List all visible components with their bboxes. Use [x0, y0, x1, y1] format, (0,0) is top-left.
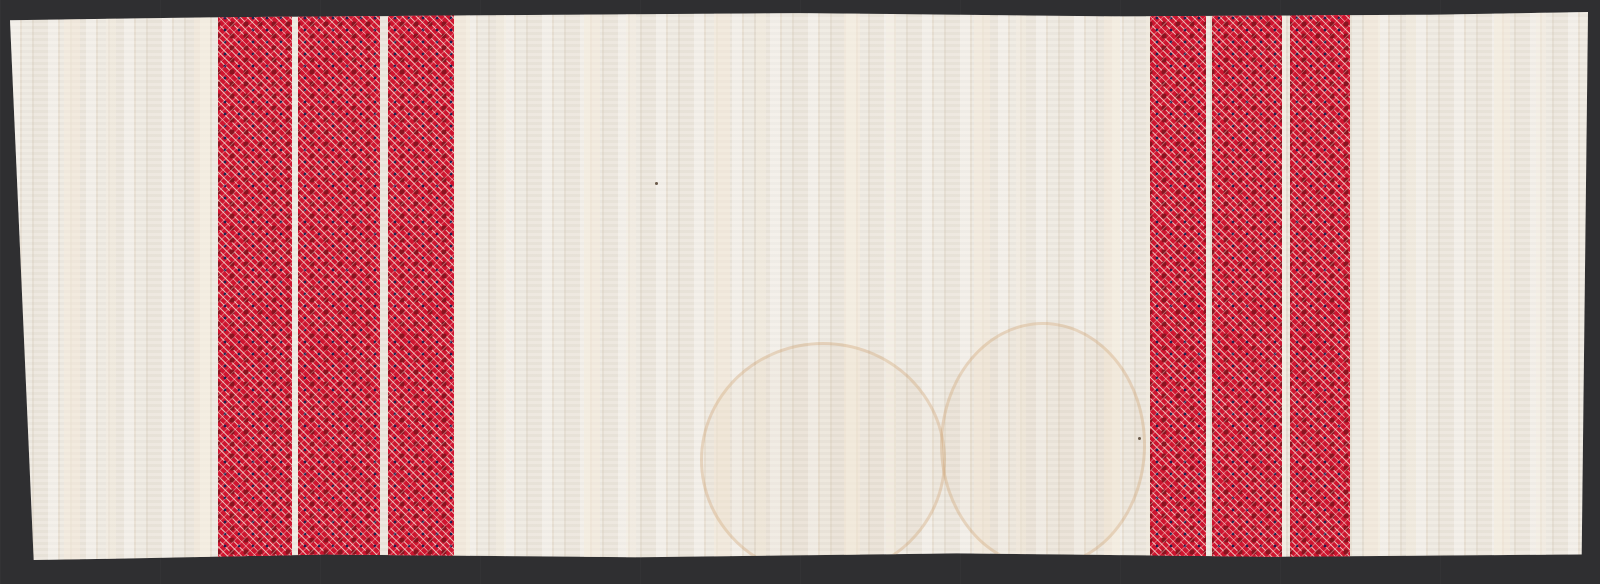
red-band-left-3 — [388, 12, 454, 560]
red-band-right-1 — [1150, 12, 1206, 560]
speck — [655, 182, 658, 185]
speck — [1138, 437, 1141, 440]
red-band-right-2 — [1212, 12, 1282, 560]
red-band-left-1 — [218, 12, 292, 560]
water-stain — [940, 322, 1146, 560]
woven-textile — [10, 12, 1588, 560]
red-band-right-3 — [1290, 12, 1350, 560]
red-band-left-2 — [298, 12, 380, 560]
